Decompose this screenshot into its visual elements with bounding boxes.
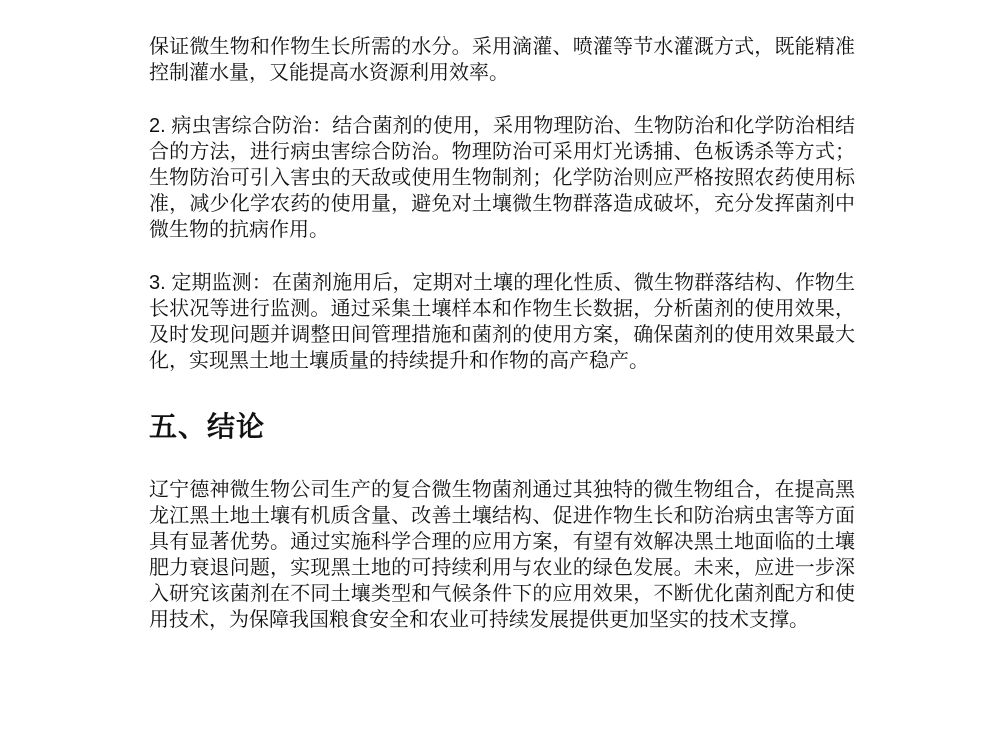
document-page: 保证微生物和作物生长所需的水分。采用滴灌、喷灌等节水灌溉方式，既能精准控制灌水量… (0, 0, 1000, 736)
document-content: 保证微生物和作物生长所需的水分。采用滴灌、喷灌等节水灌溉方式，既能精准控制灌水量… (149, 34, 855, 633)
paragraph-monitoring: 3. 定期监测：在菌剂施用后，定期对土壤的理化性质、微生物群落结构、作物生长状况… (149, 270, 855, 374)
paragraph-conclusion: 辽宁德神微生物公司生产的复合微生物菌剂通过其独特的微生物组合，在提高黑龙江黑土地… (149, 477, 855, 633)
paragraph-pest-control: 2. 病虫害综合防治：结合菌剂的使用，采用物理防治、生物防治和化学防治相结合的方… (149, 113, 855, 243)
paragraph-irrigation: 保证微生物和作物生长所需的水分。采用滴灌、喷灌等节水灌溉方式，既能精准控制灌水量… (149, 34, 855, 86)
section-heading-conclusion: 五、结论 (149, 409, 855, 445)
